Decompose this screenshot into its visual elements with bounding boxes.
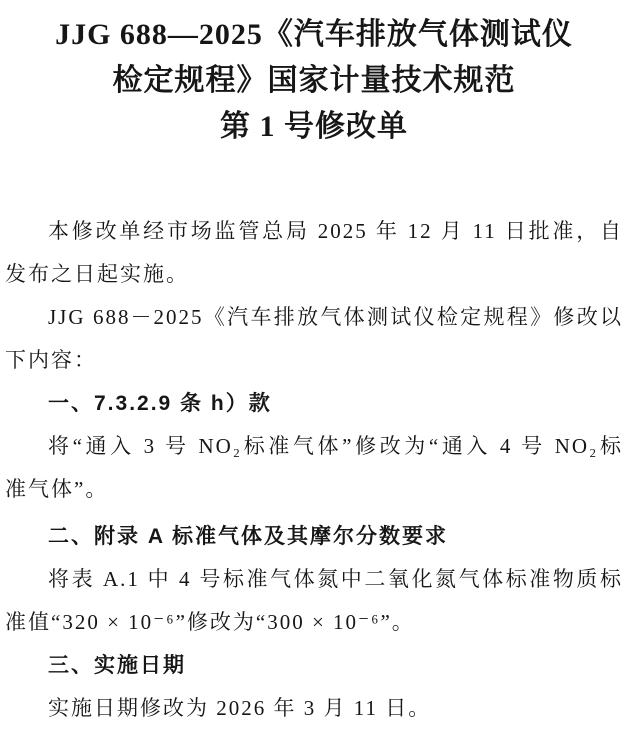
title-line-3: 第 1 号修改单 bbox=[5, 104, 623, 150]
section-1-body-line-2: 准气体”。 bbox=[5, 468, 623, 511]
approval-paragraph-line-2: 发布之日起实施。 bbox=[5, 253, 623, 296]
section-2: 二、附录 A 标准气体及其摩尔分数要求 将表 A.1 中 4 号标准气体氮中二氧… bbox=[5, 515, 623, 644]
document-body: 本修改单经市场监管总局 2025 年 12 月 11 日批准，自 发布之日起实施… bbox=[5, 210, 623, 730]
approval-paragraph-line-1: 本修改单经市场监管总局 2025 年 12 月 11 日批准，自 bbox=[5, 210, 623, 253]
title-line-1: JJG 688—2025《汽车排放气体测试仪 bbox=[5, 12, 623, 58]
title-line-2: 检定规程》国家计量技术规范 bbox=[5, 58, 623, 104]
intro-paragraph-line-1: JJG 688－2025《汽车排放气体测试仪检定规程》修改以 bbox=[5, 296, 623, 339]
section-3-body-line-1: 实施日期修改为 2026 年 3 月 11 日。 bbox=[5, 687, 623, 730]
section-2-body-line-1: 将表 A.1 中 4 号标准气体氮中二氧化氮气体标准物质标 bbox=[5, 558, 623, 601]
section-1: 一、7.3.2.9 条 h）款 将“通入 3 号 NO₂标准气体”修改为“通入 … bbox=[5, 382, 623, 511]
section-3-heading: 三、实施日期 bbox=[5, 644, 623, 687]
section-1-heading: 一、7.3.2.9 条 h）款 bbox=[5, 382, 623, 425]
section-3: 三、实施日期 实施日期修改为 2026 年 3 月 11 日。 bbox=[5, 644, 623, 730]
document-title: JJG 688—2025《汽车排放气体测试仪 检定规程》国家计量技术规范 第 1… bbox=[5, 12, 623, 150]
intro-paragraph-line-2: 下内容： bbox=[5, 339, 623, 382]
section-1-body-line-1: 将“通入 3 号 NO₂标准气体”修改为“通入 4 号 NO₂标 bbox=[5, 425, 623, 468]
document-page: JJG 688—2025《汽车排放气体测试仪 检定规程》国家计量技术规范 第 1… bbox=[0, 0, 635, 730]
section-2-body-line-2: 准值“320 × 10⁻⁶”修改为“300 × 10⁻⁶”。 bbox=[5, 601, 623, 644]
section-2-heading: 二、附录 A 标准气体及其摩尔分数要求 bbox=[5, 515, 623, 558]
